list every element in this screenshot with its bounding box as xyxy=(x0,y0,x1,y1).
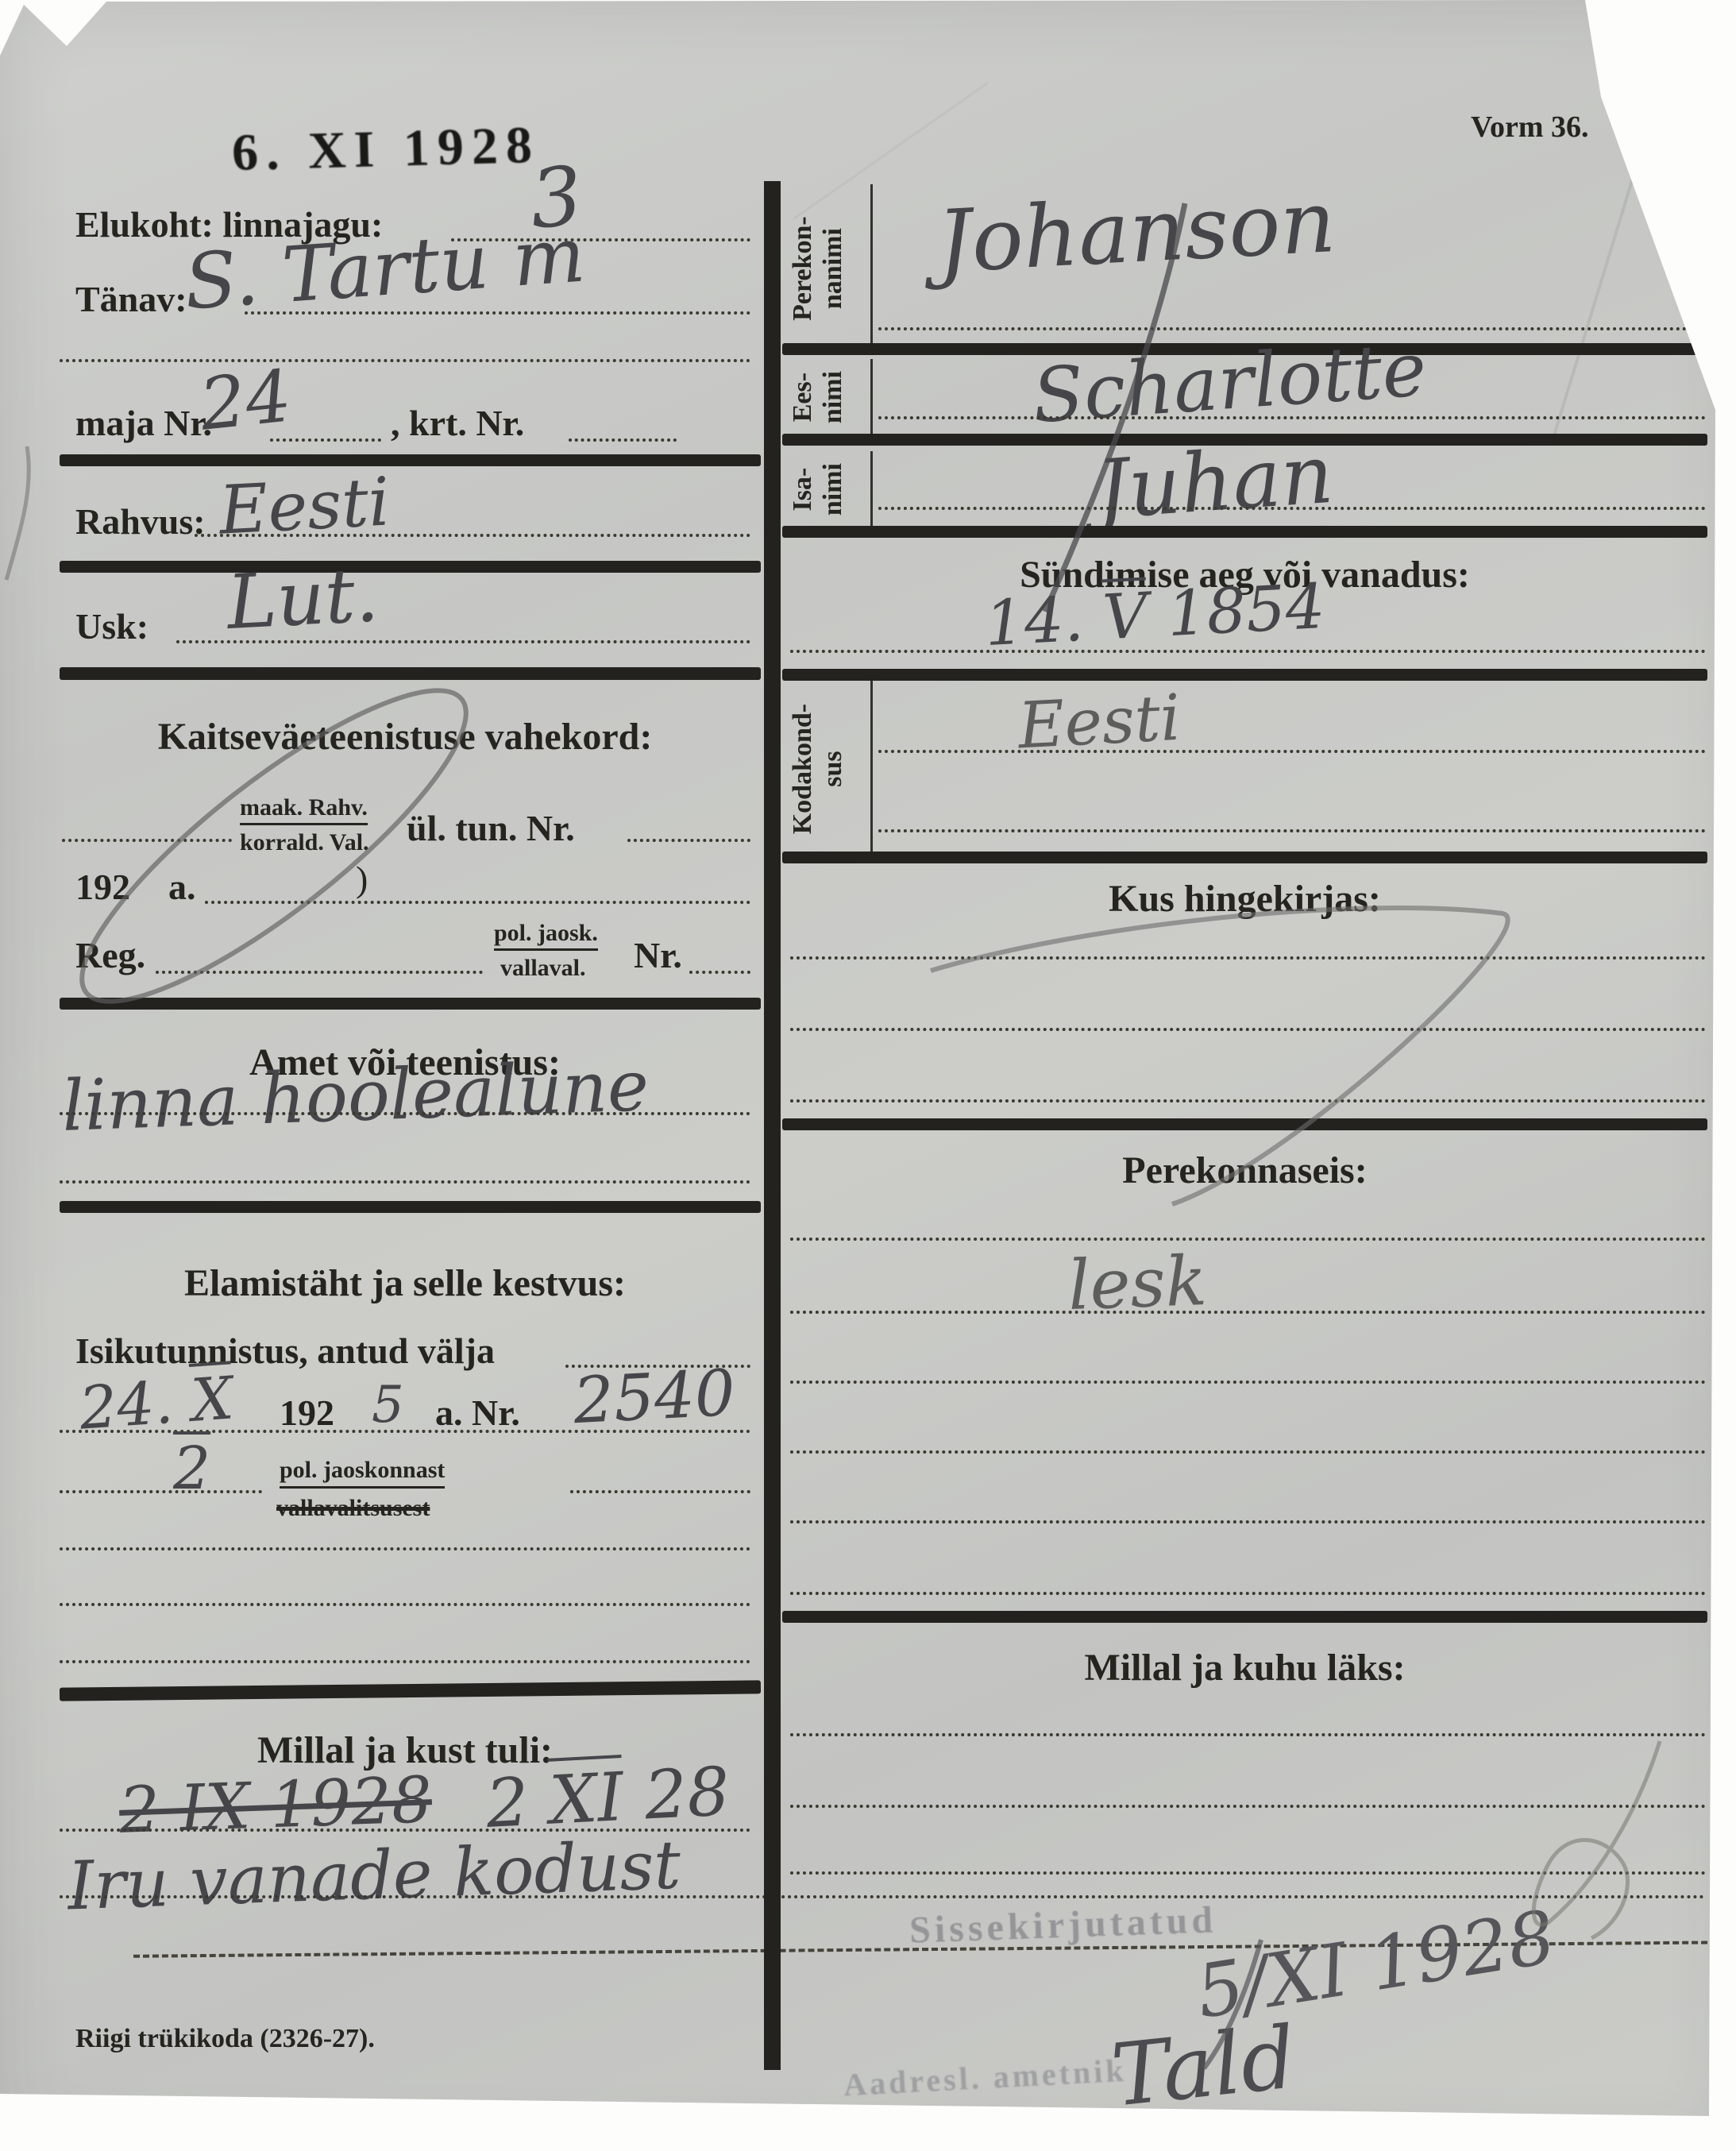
dotted-line xyxy=(176,640,750,643)
dotted-line xyxy=(790,1733,1706,1736)
pol-jaosk-label: pol. jaosk. xyxy=(494,920,598,951)
dotted-line xyxy=(790,1520,1706,1523)
hingekirjas-header: Kus hingekirjas: xyxy=(782,877,1707,921)
column-divider xyxy=(764,181,781,2070)
scanned-document: 6. XI 1928 Vorm 36. Elukoht: linnajagu: … xyxy=(0,0,1736,2151)
section-divider xyxy=(60,667,761,680)
dotted-line xyxy=(195,534,750,537)
clerk-title-stamp: Aadresl. ametnik xyxy=(843,2052,1128,2104)
dotted-line xyxy=(689,971,750,974)
dotted-line xyxy=(60,1660,750,1663)
kodakondsus-label: Kodakond-sus xyxy=(788,693,848,844)
dotted-line xyxy=(205,901,750,904)
a-label: a. xyxy=(168,866,196,908)
label-cell-rule xyxy=(870,680,873,853)
millal-laks-header: Millal ja kuhu läks: xyxy=(782,1646,1707,1690)
registered-stamp: Sissekirjutatud xyxy=(909,1898,1217,1952)
section-divider xyxy=(60,998,761,1010)
maja-label: maja Nr. xyxy=(75,402,212,444)
dotted-line xyxy=(878,507,1706,510)
date-stamp-top: 6. XI 1928 xyxy=(231,115,541,183)
section-divider xyxy=(60,1201,761,1213)
clerk-signature: Tald xyxy=(1107,2008,1301,2126)
issued-year-printed: 192 xyxy=(280,1392,334,1434)
cert-number-value: 2540 xyxy=(572,1356,737,1439)
perekonnanimi-value: Johanson xyxy=(935,172,1338,292)
dotted-line xyxy=(156,971,483,974)
section-divider xyxy=(60,454,761,466)
usk-label: Usk: xyxy=(75,605,149,647)
dotted-line xyxy=(569,438,677,442)
kaitse-header: Kaitseväeteenistuse vahekord: xyxy=(60,715,750,759)
dotted-line xyxy=(790,1381,1706,1384)
dotted-line xyxy=(790,1311,1706,1314)
section-divider xyxy=(782,1611,1707,1623)
dotted-line xyxy=(878,750,1706,753)
dotted-line xyxy=(790,956,1706,960)
section-divider xyxy=(782,669,1707,681)
dotted-line xyxy=(627,839,750,842)
a-nr-label: a. Nr. xyxy=(435,1392,520,1434)
crease-line xyxy=(1550,0,1692,442)
elamistaht-header: Elamistäht ja selle kestvus: xyxy=(60,1261,750,1305)
dotted-line xyxy=(790,1028,1706,1031)
vallavalitsusest-label-struck: vallavalitsusest xyxy=(276,1495,430,1522)
tanav-label: Tänav: xyxy=(75,278,187,320)
dotted-line xyxy=(790,1450,1706,1454)
maak-rahv-label: maak. Rahv. xyxy=(240,794,368,825)
dotted-line xyxy=(878,829,1706,832)
issued-year-written: 5 xyxy=(372,1376,404,1435)
dotted-line xyxy=(60,359,750,362)
dotted-line xyxy=(60,1430,750,1433)
label-cell-rule xyxy=(870,451,873,527)
krt-label: , krt. Nr. xyxy=(391,402,524,444)
section-divider xyxy=(782,852,1707,863)
dotted-line xyxy=(60,1112,750,1115)
section-divider xyxy=(782,526,1707,538)
dotted-line xyxy=(570,1490,750,1493)
dotted-line xyxy=(60,1490,262,1493)
arrival-old-value-struck: 2 IX 1928 xyxy=(118,1763,433,1848)
rahvus-label: Rahvus: xyxy=(75,500,206,543)
ul-tun-nr-label: ül. tun. Nr. xyxy=(407,807,575,849)
dotted-line xyxy=(878,416,1706,419)
printer-note: Riigi trükikoda (2326-27). xyxy=(75,2024,375,2054)
vallaval-label: vallaval. xyxy=(500,955,586,982)
dotted-line xyxy=(60,1547,750,1550)
label-cell-rule xyxy=(870,359,873,435)
dotted-line xyxy=(60,1895,1705,1898)
isanimi-value: Juhan xyxy=(1093,427,1336,539)
paren-mark: ) xyxy=(356,858,368,900)
dotted-line xyxy=(790,1805,1706,1808)
paper-sheet: 6. XI 1928 Vorm 36. Elukoht: linnajagu: … xyxy=(0,0,1736,2151)
pol-jaoskonnast-label: pol. jaoskonnast xyxy=(280,1457,445,1489)
dotted-line xyxy=(62,839,232,842)
dotted-line xyxy=(270,438,381,442)
korrald-val-label: korrald. Val. xyxy=(240,829,369,856)
perekonnaseis-header: Perekonnaseis: xyxy=(782,1149,1707,1192)
dotted-line xyxy=(790,650,1706,653)
isikutunnistus-label: Isikutunnistus, antud välja xyxy=(75,1330,495,1372)
section-divider xyxy=(60,561,761,573)
form-number: Vorm 36. xyxy=(1471,110,1588,145)
dotted-line xyxy=(60,1603,750,1606)
dotted-line xyxy=(790,1099,1706,1103)
section-divider xyxy=(782,1118,1707,1130)
label-cell-rule xyxy=(870,184,873,343)
perekonnanimi-label: Perekon-nanimi xyxy=(788,197,848,340)
year-prefix: 192 xyxy=(75,866,130,908)
dotted-line xyxy=(878,327,1706,330)
usk-value: Lut. xyxy=(225,552,380,647)
dotted-line xyxy=(790,1871,1706,1875)
reg-label: Reg. xyxy=(75,934,145,976)
dotted-line xyxy=(60,1180,750,1184)
section-divider xyxy=(60,1680,761,1701)
dotted-line xyxy=(790,1238,1706,1241)
nr-label: Nr. xyxy=(634,934,682,976)
dotted-line xyxy=(790,1592,1706,1595)
maja-value: 24 xyxy=(196,354,295,446)
